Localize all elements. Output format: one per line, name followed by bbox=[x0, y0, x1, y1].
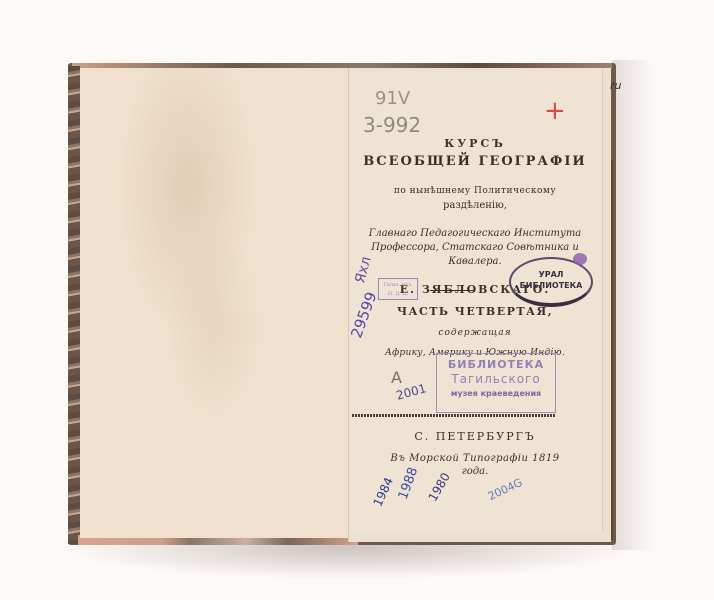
oval-library-stamp: УРАЛ БИБЛИОТЕКА bbox=[509, 257, 593, 307]
corner-note: ru bbox=[610, 79, 622, 92]
city: С. ПЕТЕРБУРГЪ bbox=[350, 430, 600, 443]
ornamental-rule bbox=[352, 414, 556, 417]
part-label: ЧАСТЬ ЧЕТВЕРТАЯ, bbox=[350, 305, 600, 318]
oval-stamp-line-1: УРАЛ bbox=[511, 269, 591, 280]
marbled-cover-edge bbox=[68, 66, 80, 544]
subtitle-line-2: раздѣленію, bbox=[350, 200, 600, 211]
title-kurs: КУРСЪ bbox=[350, 137, 600, 150]
ink-blot bbox=[573, 253, 587, 265]
year-word: года. bbox=[350, 466, 600, 477]
divider-rule bbox=[430, 290, 475, 291]
oval-stamp-line-2: БИБЛИОТЕКА bbox=[511, 280, 591, 291]
title-main: ВСЕОБЩЕЙ ГЕОГРАФІИ bbox=[350, 154, 600, 169]
pencil-letter-a: А bbox=[391, 368, 402, 387]
author-desc-2: Профессора, Статскаго Совѣтника и bbox=[350, 242, 600, 253]
museum-stamp-line-1: БИБЛИОТЕКА bbox=[437, 358, 555, 371]
author-desc-1: Главнаго Педагогическаго Института bbox=[350, 228, 600, 239]
pencil-note-91v: 91V bbox=[375, 88, 410, 109]
small-stamp-line-1: Тагил. муз. bbox=[379, 281, 417, 290]
book-shadow-right bbox=[612, 60, 652, 550]
museum-stamp-line-3: музея краеведения bbox=[437, 389, 555, 398]
publisher: Въ Морской Типографіи 1819 bbox=[350, 453, 600, 464]
contents-label: содержащая bbox=[350, 328, 600, 338]
shelf-mark: 3-992 bbox=[363, 113, 421, 137]
left-endpaper bbox=[80, 68, 348, 538]
subtitle-line-1: по нынѣшнему Политическому bbox=[350, 186, 600, 196]
book-shadow bbox=[60, 540, 640, 580]
red-cross-mark: + bbox=[544, 96, 566, 126]
small-stamp-line-2: Н. Д. Д. bbox=[379, 290, 417, 299]
museum-stamp-line-2: Тагильского bbox=[437, 372, 555, 386]
museum-library-stamp: БИБЛИОТЕКА Тагильского музея краеведения bbox=[436, 353, 556, 413]
small-library-stamp: Тагил. муз. Н. Д. Д. bbox=[378, 278, 418, 300]
